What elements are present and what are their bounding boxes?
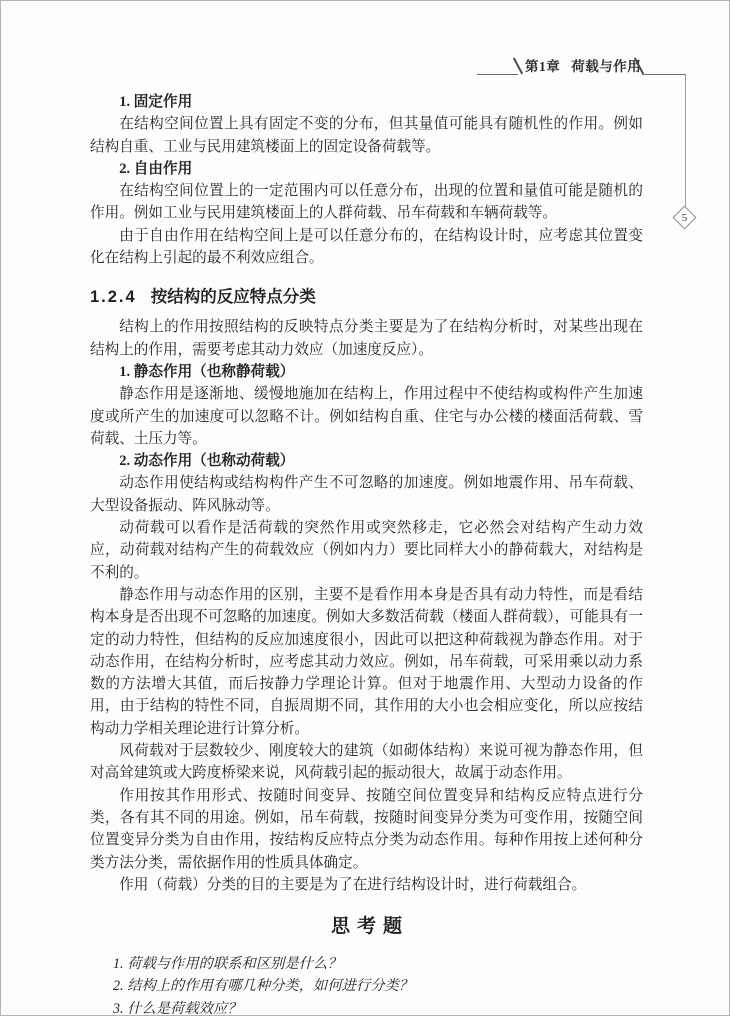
paragraph: 静态作用是逐渐地、缓慢地施加在结构上，作用过程中不使结构或构件产生加速度或所产生… [90, 383, 643, 450]
chapter-title: 荷载与作用 [571, 59, 641, 74]
paragraph: 风荷载对于层数较少、刚度较大的建筑（如砌体结构）来说可视为静态作用，但对高耸建筑… [90, 740, 643, 785]
subheading: 1. 静态作用（也称静荷载） [90, 361, 643, 383]
section-title: 按结构的反应特点分类 [151, 288, 316, 306]
page-number: 5 [677, 210, 692, 225]
paragraph: 在结构空间位置上的一定范围内可以任意分布，出现的位置和量值可能是随机的作用。例如… [90, 180, 643, 225]
section-number: 1.2.4 [90, 288, 137, 306]
header-rule-right [642, 74, 686, 75]
subheading: 2. 自由作用 [90, 158, 643, 180]
paragraph: 动荷载可以看作是活荷载的突然作用或突然移走，它必然会对结构产生动力效应，动荷载对… [90, 517, 643, 584]
paragraph: 作用（荷载）分类的目的主要是为了在进行结构设计时，进行荷载组合。 [90, 874, 643, 896]
paragraph: 动态作用使结构或结构构件产生不可忽略的加速度。例如地震作用、吊车荷载、大型设备振… [90, 472, 643, 517]
page-body: 1. 固定作用在结构空间位置上具有固定不变的分布，但其量值可能具有随机性的作用。… [90, 91, 643, 1016]
subheading: 2. 动态作用（也称动荷载） [90, 450, 643, 472]
paragraph: 在结构空间位置上具有固定不变的分布，但其量值可能具有随机性的作用。例如结构自重、… [90, 113, 643, 158]
question: 1. 荷载与作用的联系和区别是什么？ [90, 953, 643, 975]
paragraph: 静态作用与动态作用的区别，主要不是看作用本身是否具有动力特性，而是看结构本身是否… [90, 584, 643, 740]
subheading: 1. 固定作用 [90, 91, 643, 113]
paragraph: 由于自由作用在结构空间上是可以任意分布的，在结构设计时，应考虑其位置变化在结构上… [90, 225, 643, 270]
chapter-number: 第1章 [525, 59, 560, 74]
paragraph: 结构上的作用按照结构的反映特点分类主要是为了在结构分析时，对某些出现在结构上的作… [90, 316, 643, 361]
question: 2. 结构上的作用有哪几种分类，如何进行分类？ [90, 975, 643, 997]
section-heading: 1.2.4按结构的反应特点分类 [90, 283, 643, 307]
running-head: 第1章荷载与作用 [525, 55, 641, 75]
page-number-drop-line [685, 74, 686, 206]
page-number-badge: 5 [672, 205, 696, 229]
center-heading: 思考题 [90, 911, 643, 938]
book-page: 第1章荷载与作用 5 1. 固定作用在结构空间位置上具有固定不变的分布，但其量值… [0, 0, 730, 1016]
header-backslash-left-icon [513, 58, 523, 75]
question: 3. 什么是荷载效应？ [90, 998, 643, 1016]
header-rule-left [477, 74, 518, 75]
paragraph: 作用按其作用形式、按随时间变异、按随空间位置变异和结构反应特点进行分类，各有其不… [90, 785, 643, 874]
